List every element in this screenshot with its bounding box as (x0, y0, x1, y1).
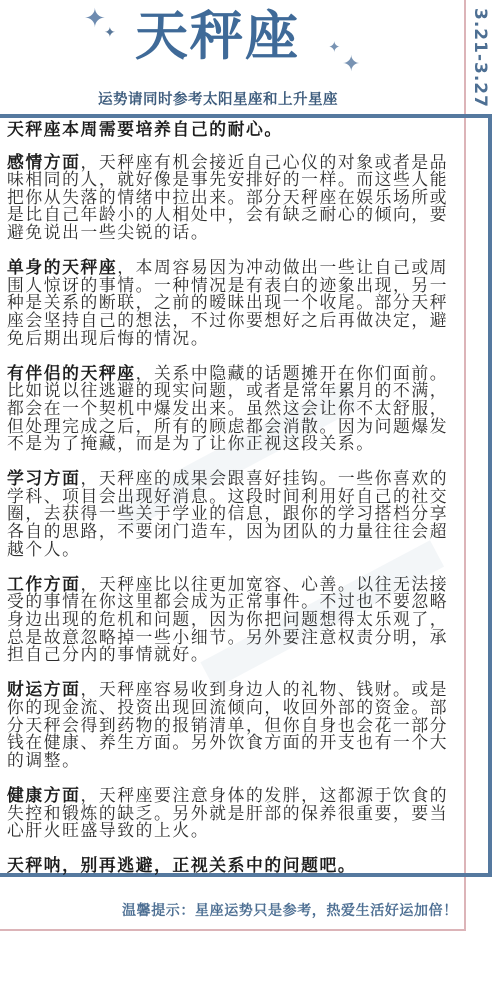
closing-statement: 天秤呐，别再逃避，正视关系中的问题吧。 (7, 857, 457, 875)
footer-tip: 温馨提示：星座运势只是参考，热爱生活好运加倍！ (122, 900, 458, 920)
decorative-horizontal-line (0, 929, 466, 931)
date-range: 3.21-3.27 (470, 8, 490, 108)
page-title: 天秤座 (135, 6, 315, 68)
section-health: 健康方面，天秤座要注意身体的发胖，这都源于饮食的失控和锻炼的缺乏。另外就是肝部的… (7, 787, 457, 840)
sparkle-icon: ✦ (342, 54, 360, 76)
section-wealth: 财运方面，天秤座容易收到身边人的礼物、钱财。或是你的现金流、投资出现回流倾向，收… (7, 681, 457, 769)
horoscope-content: 天秤座本周需要培养自己的耐心。 感情方面，天秤座有机会接近自己心仪的对象或者是品… (7, 121, 457, 893)
section-single: 单身的天秤座，本周容易因为冲动做出一些让自己或周围人惊讶的事情。一种情况是有表白… (7, 259, 457, 347)
page-subtitle: 运势请同时参考太阳星座和上升星座 (98, 88, 338, 109)
sparkle-icon: ✦ (84, 6, 106, 32)
lead-statement: 天秤座本周需要培养自己的耐心。 (7, 121, 457, 139)
sparkle-icon: ✦ (328, 40, 341, 55)
sparkle-icon: ✦ (104, 26, 116, 40)
section-love: 感情方面，天秤座有机会接近自己心仪的对象或者是品味相同的人，就好像是事先安排好的… (7, 154, 457, 242)
section-work: 工作方面，天秤座比以往更加宽容、心善。以往无法接受的事情在你这里都会成为正常事件… (7, 576, 457, 664)
section-study: 学习方面，天秤座的成果会跟喜好挂钩。一些你喜欢的学科、项目会出现好消息。这段时间… (7, 470, 457, 558)
section-partnered: 有伴侣的天秤座，关系中隐藏的话题摊开在你们面前。比如说以往逃避的现实问题，或者是… (7, 365, 457, 453)
